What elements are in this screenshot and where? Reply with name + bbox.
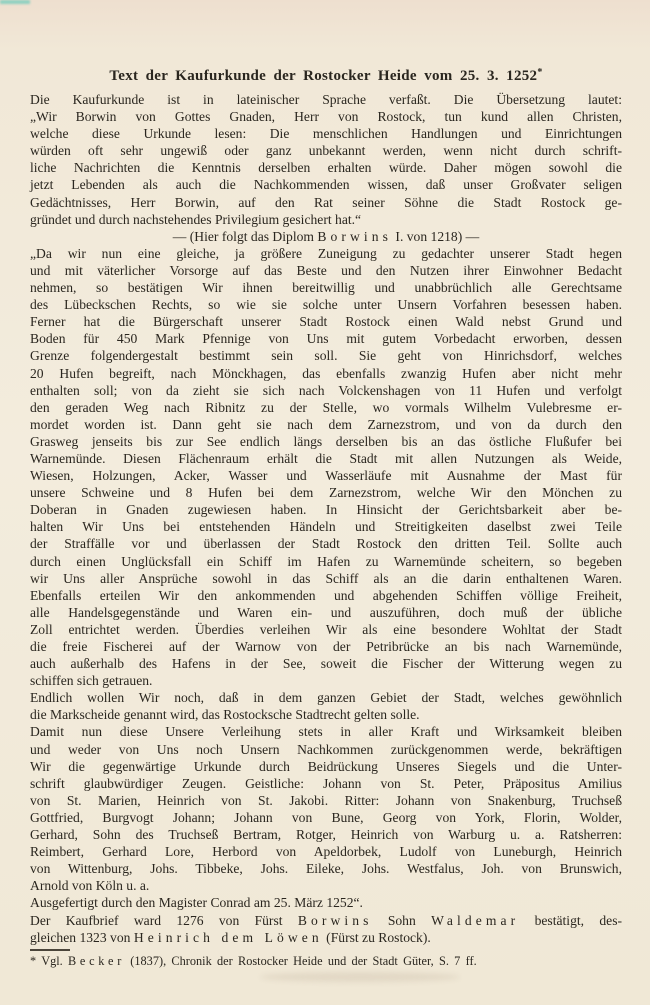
text-line: des Lübeckschen Rechts, so wie sie solch… bbox=[30, 296, 622, 313]
text-line: von St. Marien, Heinrich von St. Jakobi.… bbox=[30, 792, 622, 809]
text-line: und mit väterlicher Vorsorge auf das Bes… bbox=[30, 262, 622, 279]
text-line: jetzt Lebenden als auch die Nachkommende… bbox=[30, 176, 622, 193]
text-line: Ferner hat die Bürgerschaft unserer Stad… bbox=[30, 313, 622, 330]
text-line: gründet und durch nachstehendes Privileg… bbox=[30, 211, 622, 228]
text-line: die freie Fischerei auf der Warnow von d… bbox=[30, 638, 622, 655]
text-line: nehmen, so bestätigen Wir ihnen bereitwi… bbox=[30, 279, 622, 296]
text-line: Grasweg jenseits bis zur See endlich län… bbox=[30, 433, 622, 450]
body-text: Die Kaufurkunde ist in lateinischer Spra… bbox=[30, 91, 622, 946]
text-line: enthalten soll; von da zieht sie sich na… bbox=[30, 382, 622, 399]
footnote-text: * Vgl. Becker (1837), Chronik der Rostoc… bbox=[30, 954, 477, 968]
letterspaced-name: Borwins bbox=[298, 913, 373, 928]
text-line: Zoll entrichtet werden. Überdies verleih… bbox=[30, 621, 622, 638]
text-line: den geraden Weg nach Ribnitz zu der Stel… bbox=[30, 399, 622, 416]
letterspaced-name: Borwins bbox=[317, 229, 392, 244]
letterspaced-name: Waldemar bbox=[431, 913, 519, 928]
text-line: Gedächtnisses, Herr Borwin, auf den Rat … bbox=[30, 194, 622, 211]
text-line: Ebenfalls erteilen Wir den ankommenden u… bbox=[30, 587, 622, 604]
footnote: * Vgl. Becker (1837), Chronik der Rostoc… bbox=[30, 954, 622, 969]
footnote-rule bbox=[30, 949, 70, 951]
text-line: — (Hier folgt das Diplom Borwins I. von … bbox=[30, 228, 622, 245]
text-line: die Markscheide genannt wird, das Rostoc… bbox=[30, 706, 622, 723]
text-line: würden oft sehr ungewiß oder ganz unbeka… bbox=[30, 142, 622, 159]
text-line: Doberan in Gnaden zugewiesen haben. In H… bbox=[30, 501, 622, 518]
page-title-text: Text der Kaufurkunde der Rostocker Heide… bbox=[109, 68, 537, 84]
text-line: liche Nachrichten die Kenntnis derselben… bbox=[30, 159, 622, 176]
text-line: „Wir Borwin von Gottes Gnaden, Herr von … bbox=[30, 108, 622, 125]
text-line: Arnold von Köln u. a. bbox=[30, 877, 622, 894]
text-line: durch einen Unglücksfall ein Schiff im H… bbox=[30, 553, 622, 570]
text-line: auch außerhalb des Hafens in der See, so… bbox=[30, 655, 622, 672]
text-line: von Wittenburg, Johs. Tibbeke, Johs. Eil… bbox=[30, 860, 622, 877]
text-line: Gerhard, Sohn des Truchseß Bertram, Rotg… bbox=[30, 826, 622, 843]
text-line: alle Handelsgegenstände und Waren ein- u… bbox=[30, 604, 622, 621]
text-line: mordet worden ist. Dann geht sie nach de… bbox=[30, 416, 622, 433]
text-line: Gottfried, Burgvogt Johann; Johann von B… bbox=[30, 809, 622, 826]
text-line: Boden für 450 Mark Pfennige von Uns mit … bbox=[30, 330, 622, 347]
text-line: der Straffälle vor und überlassen der St… bbox=[30, 535, 622, 552]
text-line: unsere Schweine und 8 Hufen bei dem Zarn… bbox=[30, 484, 622, 501]
text-line: „Da wir nun eine gleiche, ja größere Zun… bbox=[30, 245, 622, 262]
page-title: Text der Kaufurkunde der Rostocker Heide… bbox=[30, 67, 622, 85]
text-line: Damit nun diese Unsere Verleihung stets … bbox=[30, 723, 622, 740]
text-line: Die Kaufurkunde ist in lateinischer Spra… bbox=[30, 91, 622, 108]
document-page: Text der Kaufurkunde der Rostocker Heide… bbox=[0, 0, 650, 1005]
paper-smudge bbox=[260, 972, 460, 982]
text-line: Wiesen, Holzungen, Acker, Wasser und Was… bbox=[30, 467, 622, 484]
letterspaced-name: Heinrich dem Löwen bbox=[134, 930, 323, 945]
scan-edge-artifact bbox=[0, 0, 30, 4]
text-line: Warnemünde. Diesen Flächenraum erhält di… bbox=[30, 450, 622, 467]
text-line: Der Kaufbrief ward 1276 von Fürst Borwin… bbox=[30, 912, 622, 929]
text-line: Ausgefertigt durch den Magister Conrad a… bbox=[30, 894, 622, 911]
text-line: 20 Hufen begreift, nach Mönckhagen, das … bbox=[30, 365, 622, 382]
text-line: Reimbert, Gerhard Lore, Herbord von Apel… bbox=[30, 843, 622, 860]
text-line: Grenze folgendergestalt bestimmt sein so… bbox=[30, 347, 622, 364]
text-line: gleichen 1323 von Heinrich dem Löwen (Fü… bbox=[30, 929, 622, 946]
letterspaced-name: Becker bbox=[68, 954, 125, 968]
text-line: halten Wir Uns bei entstehenden Händeln … bbox=[30, 518, 622, 535]
footnote-marker: * bbox=[537, 67, 542, 78]
text-line: schrift glaubwürdiger Zeugen. Geistliche… bbox=[30, 775, 622, 792]
text-line: und weder von Uns noch Unsern Nachkommen… bbox=[30, 741, 622, 758]
text-line: wir Uns aller Ansprüche sowohl in das Sc… bbox=[30, 570, 622, 587]
text-line: welche diese Urkunde lesen: Die menschli… bbox=[30, 125, 622, 142]
text-line: schiffen sich getrauen. bbox=[30, 672, 622, 689]
text-line: Endlich wollen Wir noch, daß in dem ganz… bbox=[30, 689, 622, 706]
text-line: Wir die gegenwärtige Urkunde durch Beidr… bbox=[30, 758, 622, 775]
